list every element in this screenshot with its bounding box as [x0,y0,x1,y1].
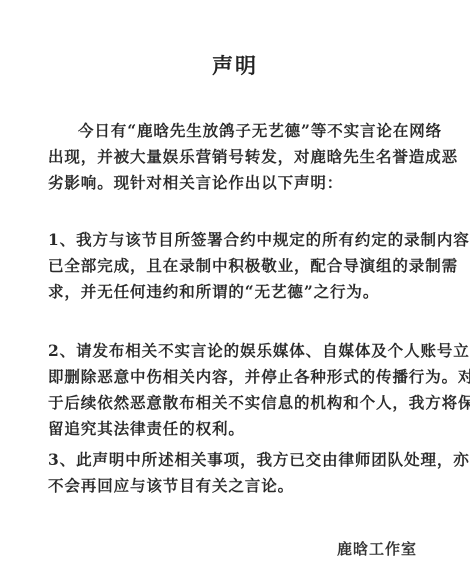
text-line: 出现，并被大量娱乐营销号转发，对鹿晗先生名誉造成恶 [48,147,418,167]
text-line: 已全部完成，且在录制中积极敬业，配合导演组的录制需 [48,256,418,276]
signature: 鹿晗工作室 [337,538,417,559]
text-line: 不会再回应与该节目有关之言论。 [48,476,418,496]
text-line: 于后续依然恶意散布相关不实信息的机构和个人，我方将保 [48,393,418,413]
text-line: 求，并无任何违约和所谓的“无艺德”之行为。 [48,282,418,302]
text-line: 劣影响。现针对相关言论作出以下声明： [48,173,418,193]
text-line: 1、我方与该节目所签署合约中规定的所有约定的录制内容 [48,230,418,250]
text-line: 即删除恶意中伤相关内容，并停止各种形式的传播行为。对 [48,367,418,387]
text-line: 今日有“鹿晗先生放鸽子无艺德”等不实言论在网络 [78,121,448,141]
text-line: 2、请发布相关不实言论的娱乐媒体、自媒体及个人账号立 [48,341,418,361]
text-line: 3、此声明中所述相关事项，我方已交由律师团队处理，亦 [48,450,418,470]
text-line: 留追究其法律责任的权利。 [48,419,418,439]
document-title: 声明 [0,50,470,80]
